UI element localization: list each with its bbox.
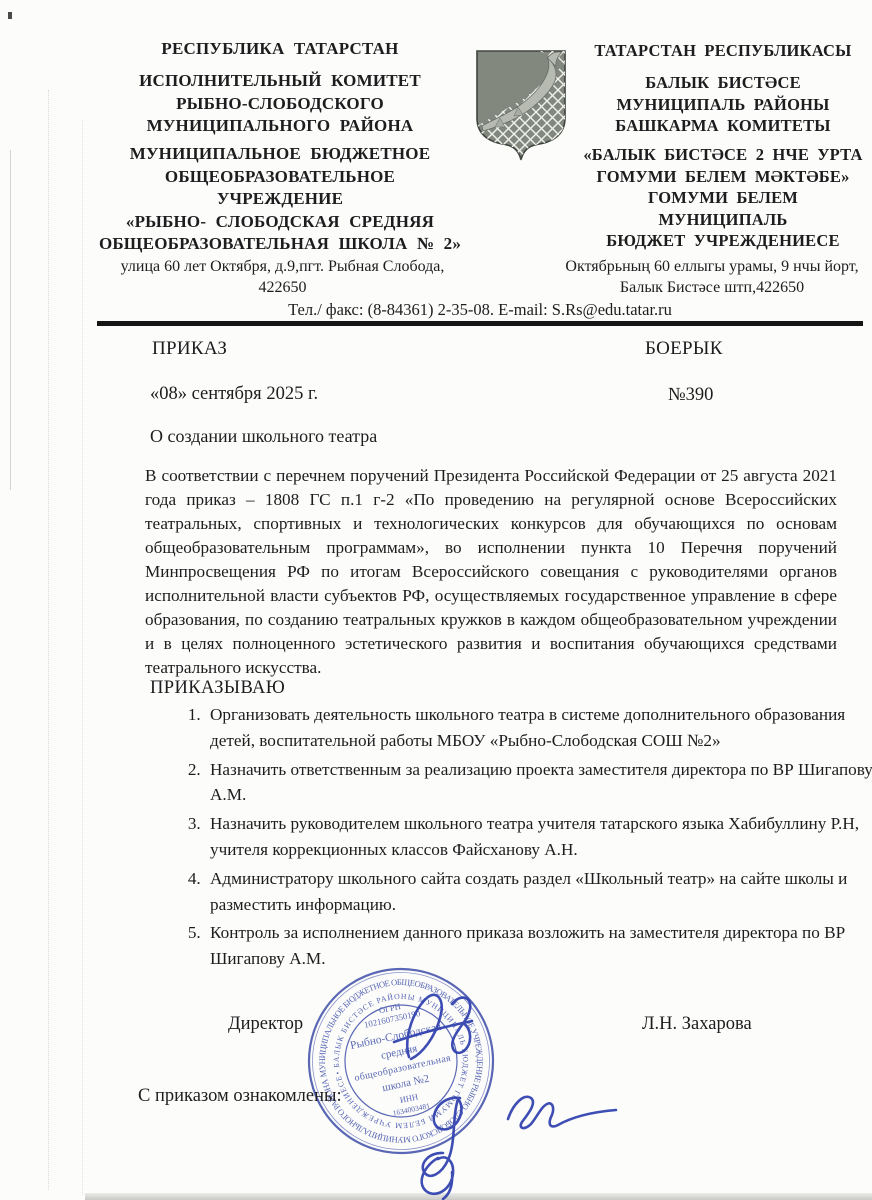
contact-line: Тел./ факс: (8-84361) 2-35-08. E-mail: S… [95,299,865,320]
school-round-stamp-icon: МУНИЦИПАЛЬНОЕ БЮДЖЕТНОЕ ОБЩЕОБРАЗОВАТЕЛЬ… [306,966,496,1156]
header-divider-rule [97,321,863,326]
order-heading-ru: ПРИКАЗ [152,338,227,360]
order-date: «08» сентября 2025 г. [150,384,318,405]
order-items-list: Организовать деятельность школьного теат… [148,702,872,975]
header-line: МУНИЦИПАЛЬНОГО РАЙОНА [95,115,465,138]
scan-artifact-line [82,120,83,1195]
address-right: Октябрьның 60 еллыгы урамы, 9 нчы йорт, … [558,256,866,298]
header-line: БЮДЖЕТ УЧРЕЖДЕНИЕСЕ [578,230,868,252]
order-subject: О создании школьного театра [150,426,377,447]
header-right-school-name: «БАЛЫК БИСТӘСЕ 2 НЧЕ УРТА ГОМУМИ БЕЛЕМ М… [578,144,868,252]
header-left-title: РЕСПУБЛИКА ТАТАРСТАН [95,38,465,61]
header-line: МУНИЦИПАЛЬ [578,209,868,231]
order-item: Контроль за исполнением данного приказа … [205,920,872,972]
header-left-school-name: МУНИЦИПАЛЬНОЕ БЮДЖЕТНОЕ ОБЩЕОБРАЗОВАТЕЛЬ… [95,143,465,256]
header-line: ГОМУМИ БЕЛЕМ МӘКТӘБЕ» [578,166,868,188]
scan-artifact-line [10,150,11,490]
header-line: «БАЛЫК БИСТӘСЕ 2 НЧЕ УРТА [578,144,868,166]
header-line: МУНИЦИПАЛЬНОЕ БЮДЖЕТНОЕ [95,143,465,166]
order-item: Назначить руководителем школьного театра… [205,811,872,863]
header-line: ОБЩЕОБРАЗОВАТЕЛЬНОЕ [95,166,465,189]
header-left-committee: ИСПОЛНИТЕЛЬНЫЙ КОМИТЕТ РЫБНО-СЛОБОДСКОГО… [95,70,465,138]
order-item: Назначить ответственным за реализацию пр… [205,757,872,809]
scan-artifact-line [48,90,49,1190]
stamp-center-line: средняя [380,1043,418,1062]
order-heading-tt: БОЕРЫК [645,338,723,360]
signer-role: Директор [228,1014,303,1035]
header-line: ОБЩЕОБРАЗОВАТЕЛЬНАЯ ШКОЛА № 2» [95,233,465,256]
header-right-title: ТАТАРСТАН РЕСПУБЛИКАСЫ [578,40,868,62]
order-preamble: В соответствии с перечнем поручений През… [145,464,837,680]
scanned-order-document: РЕСПУБЛИКА ТАТАРСТАН ИСПОЛНИТЕЛЬНЫЙ КОМИ… [0,0,872,1200]
scan-artifact-dot [8,12,12,19]
order-item: Администратору школьного сайта создать р… [205,866,872,918]
address-line: Октябрьның 60 еллыгы урамы, 9 нчы йорт, [558,256,866,277]
scan-artifact-bottom-edge [85,1193,872,1200]
header-line: РЫБНО-СЛОБОДСКОГО [95,93,465,116]
signer-name: Л.Н. Захарова [642,1014,752,1035]
header-line: ИСПОЛНИТЕЛЬНЫЙ КОМИТЕТ [95,70,465,93]
stamp-center-line: 1634003481 [392,1101,431,1118]
address-line: улица 60 лет Октября, д.9,пгт. Рыбная Сл… [95,256,470,277]
header-line: «РЫБНО- СЛОБОДСКАЯ СРЕДНЯЯ [95,211,465,234]
address-line: Балык Бистәсе штп,422650 [558,277,866,298]
header-line: БАШКАРМА КОМИТЕТЫ [578,115,868,137]
header-line: ГОМУМИ БЕЛЕМ [578,187,868,209]
header-line: МУНИЦИПАЛЬ РАЙОНЫ [578,94,868,116]
order-item: Организовать деятельность школьного теат… [205,702,872,754]
header-line: УЧРЕЖДЕНИЕ [95,188,465,211]
acknowledgement-line: С приказом ознакомлены: [138,1086,342,1107]
header-right-committee: БАЛЫК БИСТӘСЕ МУНИЦИПАЛЬ РАЙОНЫ БАШКАРМА… [578,72,868,137]
coat-of-arms-fish-emblem-icon [470,46,572,168]
resolve-word: ПРИКАЗЫВАЮ [150,678,285,699]
address-left: улица 60 лет Октября, д.9,пгт. Рыбная Сл… [95,256,470,298]
header-line: БАЛЫК БИСТӘСЕ [578,72,868,94]
order-number: №390 [668,385,713,406]
address-line: 422650 [95,277,470,298]
